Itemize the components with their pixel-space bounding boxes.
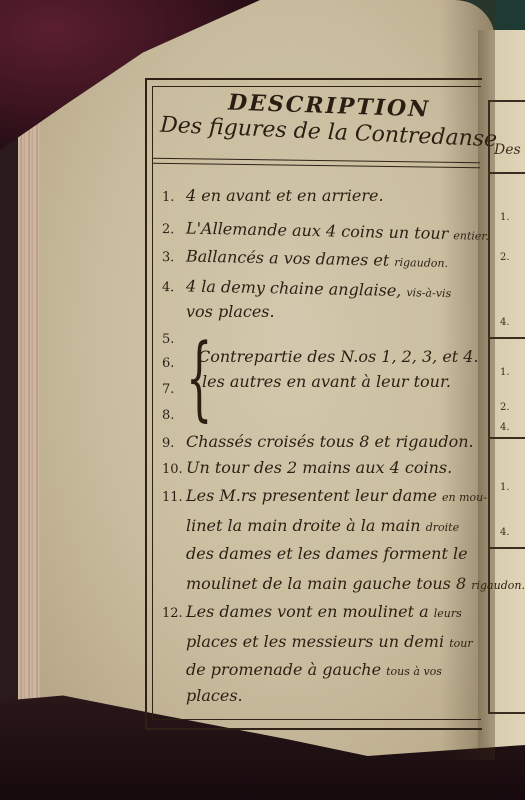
list-item: 10.Un tour des 2 mains aux 4 coins. [162,458,452,477]
list-item: 11.Les M.rs presentent leur dame en mou- [162,486,487,505]
item-text: Les dames vont en moulinet a [186,602,429,621]
figure-number: 1. [500,367,510,378]
divider [490,437,525,439]
list-item-continuation: des dames et les dames forment le [186,544,468,563]
list-item-continuation: places. [186,686,243,705]
item-number: 8. [162,408,174,423]
item-text-tail: vis-à-vis [406,286,451,300]
figure-number: 4. [500,527,510,538]
list-item-continuation: places et les messieurs un demi tour [186,632,473,651]
item-number: 4. [162,280,186,295]
figure-number: 1. [500,212,510,223]
list-item-continuation: linet la main droite à la main droite [186,516,459,535]
item-number: 10. [162,462,186,477]
list-item-continuation: vos places. [186,302,275,321]
grouped-line-2: les autres en avant à leur tour. [202,372,451,391]
grouped-line-1: Contrepartie des N.os 1, 2, 3, et 4. [198,347,479,366]
list-item: 9.Chassés croisés tous 8 et rigaudon. [162,432,474,451]
item-text: Les M.rs presentent leur dame [186,486,437,505]
divider [490,547,525,549]
item-number: 11. [162,490,186,505]
list-item-continuation: de promenade à gauche tous à vos [186,660,442,679]
item-text-tail: leurs [434,607,462,620]
item-number: 7. [162,382,174,397]
item-number: 5. [162,332,174,347]
divider [490,172,525,174]
figure-number: 4. [500,317,510,328]
item-text-tail: en mou- [442,491,487,504]
item-number: 9. [162,436,186,451]
figure-number: 1. [500,482,510,493]
divider [490,337,525,339]
item-text-tail: entier. [453,229,489,243]
figure-number: 2. [500,252,510,263]
item-text: Un tour des 2 mains aux 4 coins. [186,458,452,477]
item-text-tail: rigaudon. [394,256,448,270]
list-item: 12.Les dames vont en moulinet a leurs [162,602,462,621]
item-number: 3. [162,250,186,265]
item-text: Chassés croisés tous 8 et rigaudon. [186,432,474,451]
list-item: 1.4 en avant et en arriere. [162,186,384,205]
figure-number: 2. [500,402,510,413]
item-number: 1. [162,190,186,205]
list-item-continuation: moulinet de la main gauche tous 8 rigaud… [186,574,525,593]
item-number: 2. [162,222,186,237]
item-text: 4 en avant et en arriere. [186,186,384,205]
item-number: 6. [162,356,174,371]
figure-number: 4. [500,422,510,433]
right-page-frame: Des 1. 2. 4. 1. 2. 4. 1. 4. [488,100,525,714]
right-page-title: Des [494,142,521,158]
item-number: 12. [162,606,186,621]
